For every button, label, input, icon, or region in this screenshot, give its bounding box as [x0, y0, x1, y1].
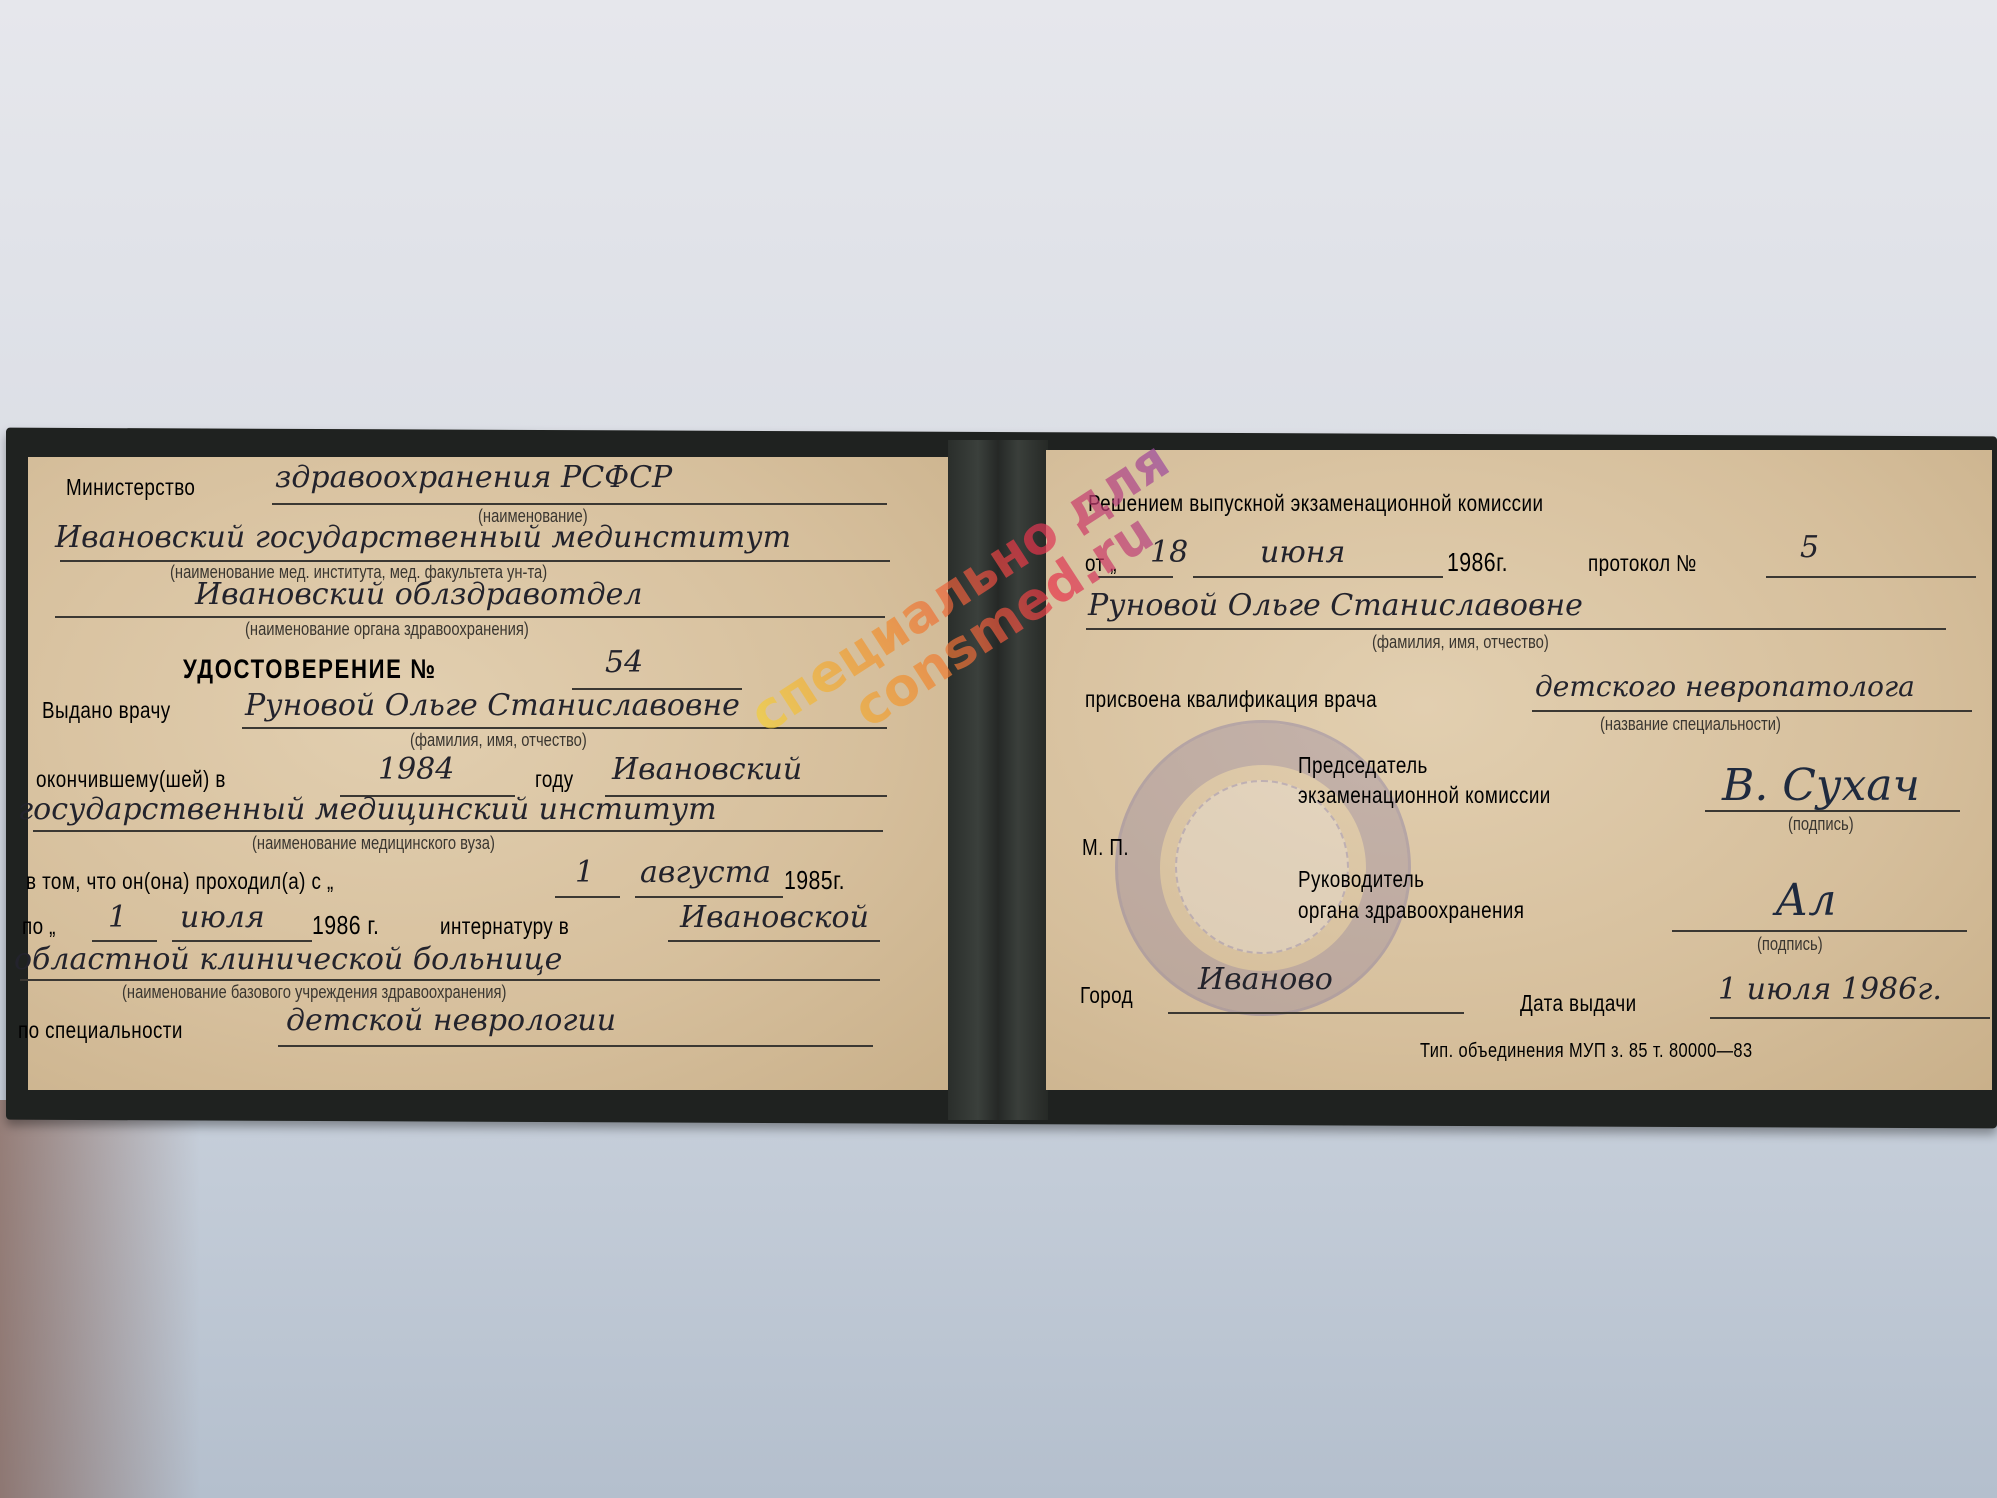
graduated-year: 1984: [378, 752, 454, 787]
head-signature-rule: [1672, 930, 1967, 932]
university-value-1: Ивановский: [612, 752, 802, 787]
health-org-value: Ивановский облздравотдел: [195, 577, 642, 612]
graduate-name-value: Руновой Ольге Станиславовне: [1088, 588, 1583, 623]
from-day: 1: [575, 855, 594, 890]
health-org-caption: (наименование органа здравоохранения): [245, 619, 529, 640]
chairman-label-2: экзаменационной комиссии: [1298, 782, 1551, 809]
head-signature: Ал: [1775, 875, 1836, 926]
issued-caption: (фамилия, имя, отчество): [410, 730, 587, 751]
to-year: 1986 г.: [312, 910, 379, 941]
chairman-label-1: Председатель: [1298, 752, 1428, 779]
background-shadow: [0, 1100, 200, 1498]
graduated-year-suffix: году: [535, 766, 574, 793]
base-rule-2: [20, 979, 880, 981]
base-caption: (наименование базового учреждения здраво…: [122, 982, 506, 1003]
city-value: Иваново: [1198, 962, 1333, 997]
printer-note: Тип. объединения МУП з. 85 т. 80000—83: [1420, 1040, 1752, 1063]
specialty-value: детской неврологии: [286, 1003, 616, 1038]
qualification-rule: [1532, 710, 1972, 712]
head-label-1: Руководитель: [1298, 866, 1424, 893]
decision-month-rule: [1193, 576, 1443, 578]
graduate-name-rule: [1086, 628, 1946, 630]
ministry-label: Министерство: [66, 474, 195, 501]
to-day: 1: [108, 900, 127, 935]
decision-month: июня: [1260, 535, 1345, 570]
certificate-number: 54: [605, 645, 643, 680]
city-label: Город: [1080, 982, 1133, 1009]
decision-year: 1986г.: [1447, 547, 1508, 578]
stamp-label: М. П.: [1082, 834, 1129, 861]
university-rule-2: [33, 830, 883, 832]
issue-date-rule: [1710, 1017, 1990, 1019]
qualification-label: присвоена квалификация врача: [1085, 686, 1377, 713]
ministry-value: здравоохранения РСФСР: [275, 460, 672, 495]
protocol-number: 5: [1800, 530, 1819, 565]
certificate-title: УДОСТОВЕРЕНИЕ №: [183, 654, 437, 685]
qualification-caption: (название специальности): [1600, 714, 1781, 735]
specialty-label: по специальности: [18, 1017, 183, 1044]
ministry-rule: [272, 503, 887, 505]
city-rule: [1168, 1012, 1464, 1014]
qualification-value: детского невропатолога: [1535, 670, 1915, 703]
chairman-signature: В. Сухач: [1722, 760, 1920, 811]
base-value-1: Ивановской: [680, 900, 869, 935]
issue-date-label: Дата выдачи: [1520, 990, 1637, 1017]
base-rule-1: [668, 940, 880, 942]
internship-label: интернатуру в: [440, 913, 569, 940]
from-label: в том, что он(она) проходил(а) с „: [26, 868, 334, 895]
health-org-rule: [55, 616, 885, 618]
from-month: августа: [640, 855, 771, 890]
graduate-name-caption: (фамилия, имя, отчество): [1372, 632, 1549, 653]
institute-value: Ивановский государственный мединститут: [55, 520, 791, 555]
from-day-rule: [555, 896, 620, 898]
head-signature-caption: (подпись): [1757, 934, 1823, 955]
from-month-rule: [635, 896, 783, 898]
graduated-label: окончившему(шей) в: [36, 766, 226, 793]
to-month: июля: [180, 900, 265, 935]
university-value-2: государственный медицинский институт: [18, 792, 717, 827]
chairman-signature-caption: (подпись): [1788, 814, 1854, 835]
specialty-rule: [278, 1045, 873, 1047]
head-label-2: органа здравоохранения: [1298, 897, 1524, 924]
issued-label: Выдано врачу: [42, 697, 171, 724]
university-caption: (наименование медицинского вуза): [252, 833, 495, 854]
base-value-2: областной клинической больнице: [14, 942, 562, 977]
chairman-signature-rule: [1705, 810, 1960, 812]
protocol-label: протокол №: [1588, 550, 1697, 577]
issued-value: Руновой Ольге Станиславовне: [245, 688, 740, 723]
issue-date-value: 1 июля 1986г.: [1718, 972, 1942, 1007]
protocol-number-rule: [1766, 576, 1976, 578]
from-year: 1985г.: [784, 865, 845, 896]
to-label: по „: [22, 913, 56, 940]
